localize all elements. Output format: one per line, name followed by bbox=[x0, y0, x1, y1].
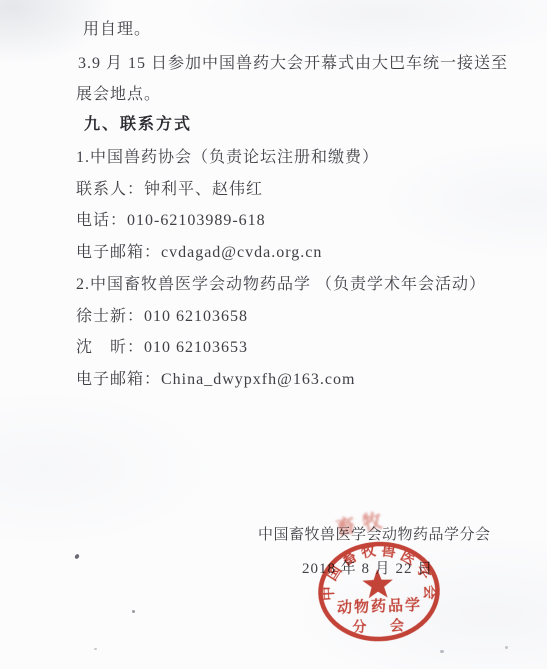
seal-text-line1: 动物药品学 bbox=[337, 596, 423, 617]
scanned-document-page: 用自理。 3.9 月 15 日参加中国兽药大会开幕式由大巴车统一接送至 展会地点… bbox=[0, 0, 547, 669]
scan-speck bbox=[505, 646, 508, 649]
paragraph-fee: 用自理。 bbox=[83, 22, 151, 38]
paragraph-bus-line1: 3.9 月 15 日参加中国兽药大会开幕式由大巴车统一接送至 bbox=[78, 56, 508, 72]
contact2-email: 电子邮箱：China_dwypxfh@163.com bbox=[76, 372, 355, 388]
seal-arc-text: 中国畜牧兽医学会 bbox=[318, 539, 440, 605]
star-icon bbox=[362, 569, 393, 599]
scan-speck bbox=[94, 648, 97, 650]
section-heading-contact: 九、联系方式 bbox=[84, 117, 192, 133]
contact2-title: 2.中国畜牧兽医学会动物药品学 （负责学术年会活动） bbox=[76, 277, 486, 293]
contact1-phone: 电话：010-62103989-618 bbox=[76, 213, 266, 229]
official-seal-stamp: 中国畜牧兽医学会 动物药品学 分 会 bbox=[314, 538, 444, 645]
contact1-title: 1.中国兽药协会（负责论坛注册和缴费） bbox=[76, 150, 379, 166]
contact1-email: 电子邮箱：cvdagad@cvda.org.cn bbox=[76, 245, 322, 261]
seal-text-line2: 分 会 bbox=[352, 617, 414, 636]
scan-speck bbox=[132, 610, 135, 613]
scan-speck bbox=[440, 650, 444, 653]
seal-graphic: 中国畜牧兽医学会 动物药品学 分 会 bbox=[314, 538, 444, 645]
contact2-phone-shen: 沈 昕：010 62103653 bbox=[76, 340, 248, 356]
scan-speck bbox=[74, 553, 80, 559]
contact1-person: 联系人：钟利平、赵伟红 bbox=[76, 182, 263, 198]
contact2-phone-xu: 徐士新：010 62103658 bbox=[76, 309, 248, 325]
paragraph-bus-line2: 展会地点。 bbox=[76, 87, 161, 103]
